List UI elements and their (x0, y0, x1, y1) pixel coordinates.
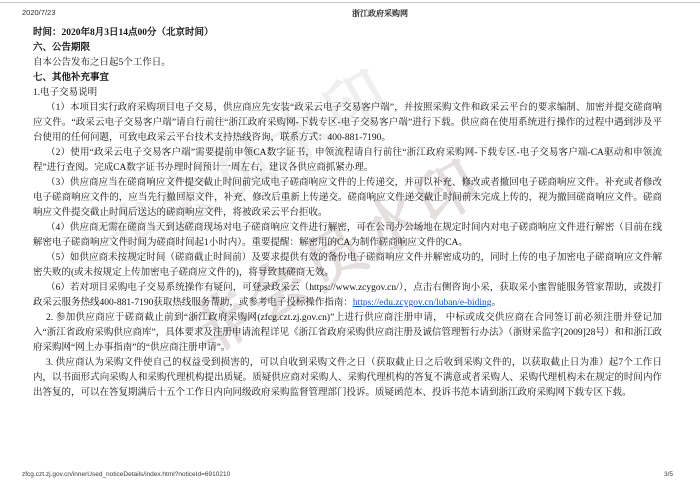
top-divider (0, 2, 700, 3)
document-body: 时间：2020年8月3日14点00分（北京时间） 六、公告期限 自本公告发布之日… (33, 26, 662, 401)
item-1-heading: 1.电子交易说明 (33, 86, 662, 101)
e-biding-guide-link[interactable]: https://edu.zcygov.cn/luban/e-biding (353, 298, 492, 308)
paragraph-sub-5: （5）如供应商未按规定时间（磋商截止时间前）及要求提供有效的备份电子磋商响应文件… (33, 251, 662, 281)
paragraph-sub-1: （1）本项目实行政府采购项目电子交易，供应商应先安装“政采云电子交易客户端”，并… (33, 101, 662, 146)
section-7-title: 七、其他补充事宜 (33, 71, 662, 86)
paragraph-sub-6-tail: 。 (492, 298, 502, 308)
paragraph-sub-6: （6）若对项目采购电子交易系统操作有疑问，可登录政采云（https://www.… (33, 281, 662, 311)
paragraph-item-3: 3. 供应商认为采购文件使自己的权益受到损害的，可以自收到采购文件之日（获取截止… (33, 356, 662, 401)
paragraph-sub-3: （3）供应商应当在磋商响应文件提交截止时间前完成电子磋商响应文件的上传递交，并可… (33, 176, 662, 221)
section-6-body: 自本公告发布之日起5个工作日。 (33, 56, 662, 71)
deadline-time-line: 时间：2020年8月3日14点00分（北京时间） (33, 26, 662, 41)
paragraph-sub-2: （2）使用“政采云电子交易客户端”需要提前申领CA数字证书，申领流程请自行前往“… (33, 146, 662, 176)
page-number-indicator: 3/5 (664, 471, 673, 478)
paragraph-sub-6-text: （6）若对项目采购电子交易系统操作有疑问，可登录政采云（https://www.… (33, 283, 662, 308)
paragraph-item-2: 2. 参加供应商应于磋商截止前到“浙江政府采购网(zfcg.czt.zj.gov… (33, 311, 662, 356)
print-header-date: 2020/7/23 (22, 8, 55, 17)
print-preview-page: { "header": { "date": "2020/7/23", "site… (0, 0, 700, 494)
print-footer-url: zfcg.czt.zj.gov.cn/innerUsed_noticeDetai… (22, 471, 230, 478)
print-header-site-title: 浙江政府采购网 (352, 8, 408, 19)
section-6-title: 六、公告期限 (33, 41, 662, 56)
paragraph-sub-4: （4）供应商无需在磋商当天到达磋商现场对电子磋商响应文件进行解密，可在公司办公场… (33, 221, 662, 251)
